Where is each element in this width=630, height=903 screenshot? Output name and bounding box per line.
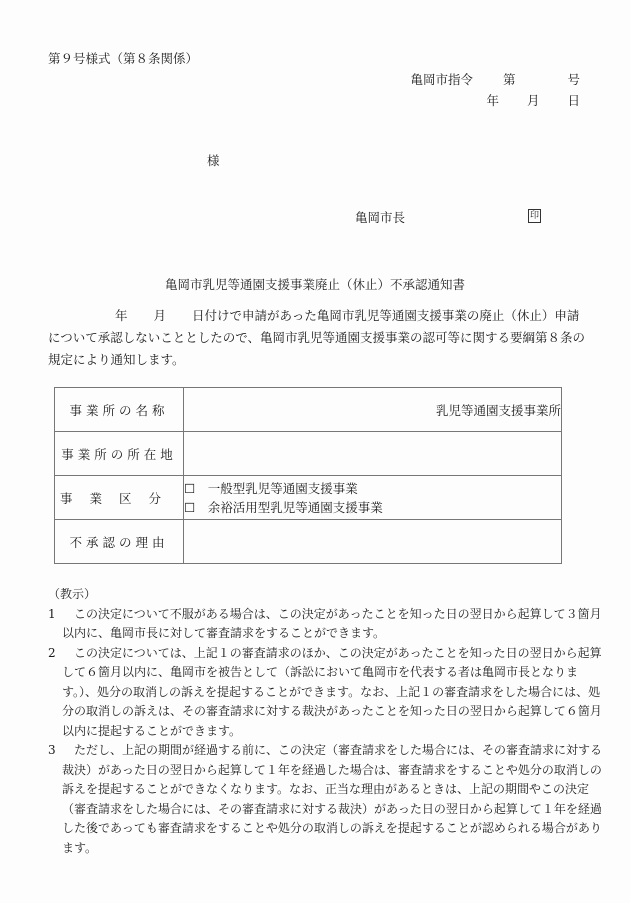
table-row: 不承認の理由 [55, 520, 562, 564]
checkbox-icon[interactable]: ☐ [184, 500, 195, 515]
issue-date: 年月日 [486, 91, 580, 109]
seal-mark: 印 [528, 209, 541, 223]
body-month: 月 [154, 308, 167, 323]
instructions-heading: （教示） [48, 585, 608, 605]
table-row: 事業所の名称 乳児等通園支援事業所 [55, 388, 562, 432]
document-title: 亀岡市乳児等通園支援事業廃止（休止）不承認通知書 [0, 275, 630, 293]
label-facility-address: 事業所の所在地 [55, 432, 184, 476]
instruction-item: 1この決定について不服がある場合は、この決定があったことを知った日の翌日から起算… [48, 605, 608, 644]
sender-name: 亀岡市長 [355, 208, 405, 226]
label-facility-name: 事業所の名称 [55, 388, 184, 432]
notice-body: 年月日付けで申請があった亀岡市乳児等通園支援事業の廃止（休止）申請について承認し… [48, 305, 588, 371]
body-year: 年 [115, 308, 128, 323]
order-number-line: 亀岡市指令第号 [410, 70, 580, 88]
instruction-item: 2この決定については、上記１の審査請求のほか、この決定があったことを知った日の翌… [48, 644, 608, 742]
option-surplus[interactable]: ☐ 余裕活用型乳児等通園支援事業 [184, 498, 561, 517]
option-general[interactable]: ☐ 一般型乳児等通園支援事業 [184, 479, 561, 498]
table-row: 事業区分 ☐ 一般型乳児等通園支援事業 ☐ 余裕活用型乳児等通園支援事業 [55, 476, 562, 520]
value-facility-address [184, 432, 562, 476]
body-text: 日付けで申請があった亀岡市乳児等通園支援事業の廃止（休止）申請について承認しない… [48, 308, 585, 367]
label-rejection-reason: 不承認の理由 [55, 520, 184, 564]
form-number: 第９号様式（第８条関係） [48, 49, 198, 67]
order-dai: 第 [503, 70, 516, 88]
label-business-type: 事業区分 [55, 476, 184, 520]
instructions-section: （教示） 1この決定について不服がある場合は、この決定があったことを知った日の翌… [48, 585, 608, 858]
instruction-item: 3ただし、上記の期間が経過する前に、この決定（審査請求をした場合には、その審査請… [48, 741, 608, 858]
date-day: 日 [567, 91, 580, 109]
info-table: 事業所の名称 乳児等通園支援事業所 事業所の所在地 事業区分 ☐ 一般型乳児等通… [54, 387, 562, 564]
addressee-suffix: 様 [207, 151, 220, 169]
checkbox-icon[interactable]: ☐ [184, 481, 195, 496]
option-label: 一般型乳児等通園支援事業 [208, 481, 358, 496]
date-month: 月 [527, 91, 540, 109]
value-business-type: ☐ 一般型乳児等通園支援事業 ☐ 余裕活用型乳児等通園支援事業 [184, 476, 562, 520]
table-row: 事業所の所在地 [55, 432, 562, 476]
option-label: 余裕活用型乳児等通園支援事業 [208, 500, 383, 515]
order-prefix: 亀岡市指令 [410, 70, 473, 88]
order-go: 号 [567, 70, 580, 88]
value-rejection-reason [184, 520, 562, 564]
date-year: 年 [486, 91, 499, 109]
value-facility-name: 乳児等通園支援事業所 [184, 388, 562, 432]
